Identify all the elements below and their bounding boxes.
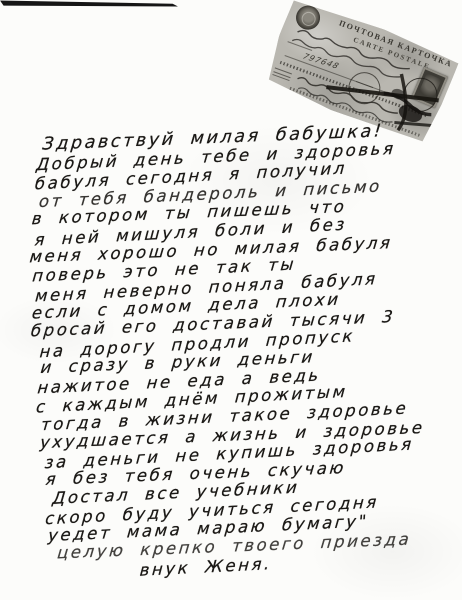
letter-body: Здравствуй милая бабушка!Добрый день теб… xyxy=(18,118,462,583)
scan-artifact-streak xyxy=(0,0,178,9)
scanned-letter-photo: ПОЧТОВАЯ КАРТОЧКА CARTE POSTALE 797648 xyxy=(0,0,462,600)
